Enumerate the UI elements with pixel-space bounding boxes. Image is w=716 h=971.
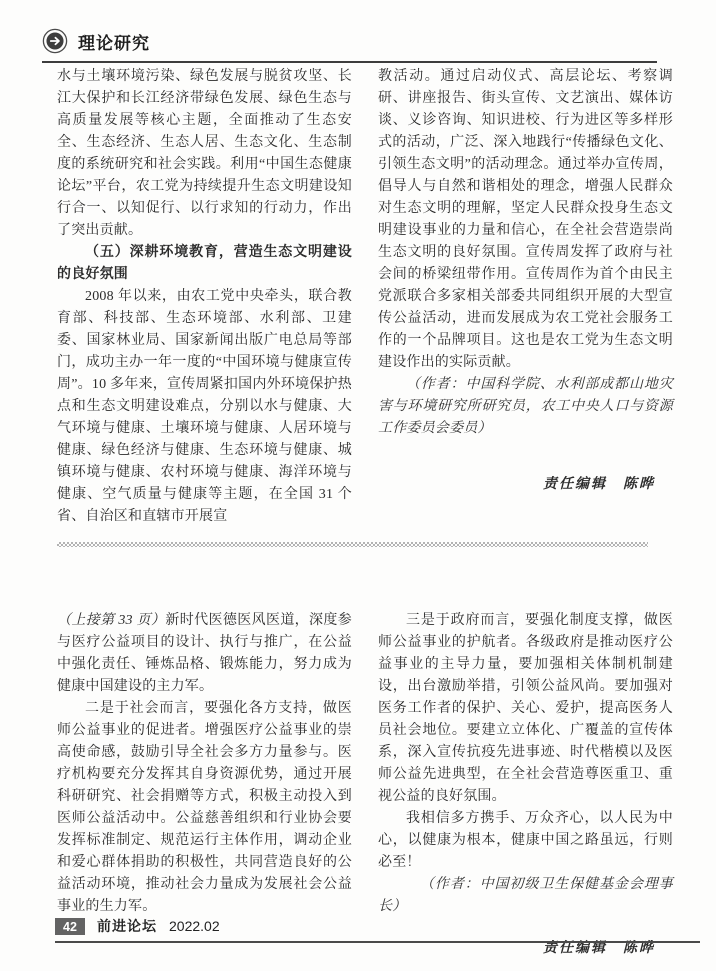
subsection-heading: （五）深耕环境教育，营造生态文明建设的良好氛围 bbox=[57, 242, 352, 286]
upper-right-column: 教活动。通过启动仪式、高层论坛、考察调研、讲座报告、街头宣传、文艺演出、媒体访谈… bbox=[378, 66, 673, 528]
editor-credit: 责任编辑 陈晔 bbox=[378, 474, 673, 496]
page-number: 42 bbox=[55, 918, 85, 935]
author-note: （作者：中国初级卫生保健基金会理事长） bbox=[378, 874, 673, 918]
continued-from-note: （上接第 33 页） bbox=[57, 613, 165, 628]
lower-left-column: （上接第 33 页）新时代医德医风医道，深度参与医疗公益项目的设计、执行与推广，… bbox=[57, 610, 352, 960]
article-upper: 水与土壤环境污染、绿色发展与脱贫攻坚、长江大保护和长江经济带绿色发展、绿色生态与… bbox=[57, 66, 673, 528]
author-note: （作者：中国科学院、水利部成都山地灾害与环境研究所研究员，农工中央人口与资源工作… bbox=[378, 374, 673, 440]
body-paragraph: 水与土壤环境污染、绿色发展与脱贫攻坚、长江大保护和长江经济带绿色发展、绿色生态与… bbox=[57, 66, 352, 242]
body-paragraph: 三是于政府而言，要强化制度支撑，做医师公益事业的护航者。各级政府是推动医疗公益事… bbox=[378, 610, 673, 808]
upper-left-column: 水与土壤环境污染、绿色发展与脱贫攻坚、长江大保护和长江经济带绿色发展、绿色生态与… bbox=[57, 66, 352, 528]
issue-number: 2022.02 bbox=[169, 918, 220, 934]
journal-page: 理论研究 水与土壤环境污染、绿色发展与脱贫攻坚、长江大保护和长江经济带绿色发展、… bbox=[0, 0, 716, 971]
body-paragraph: 二是于社会而言，要强化各方支持，做医师公益事业的促进者。增强医疗公益事业的崇高使… bbox=[57, 698, 352, 918]
body-paragraph: 我相信多方携手、万众齐心，以人民为中心，以健康为根本，健康中国之路虽远，行则必至… bbox=[378, 808, 673, 874]
section-divider bbox=[57, 542, 648, 547]
lower-right-column: 三是于政府而言，要强化制度支撑，做医师公益事业的护航者。各级政府是推动医疗公益事… bbox=[378, 610, 673, 960]
page-header: 理论研究 bbox=[42, 28, 657, 63]
body-paragraph: （上接第 33 页）新时代医德医风医道，深度参与医疗公益项目的设计、执行与推广，… bbox=[57, 610, 352, 698]
section-label: 理论研究 bbox=[78, 29, 150, 54]
body-paragraph: 教活动。通过启动仪式、高层论坛、考察调研、讲座报告、街头宣传、文艺演出、媒体访谈… bbox=[378, 66, 673, 374]
page-footer: 42 前进论坛 2022.02 bbox=[55, 916, 700, 943]
journal-name: 前进论坛 bbox=[97, 916, 157, 936]
arrow-circle-icon bbox=[42, 28, 68, 54]
body-paragraph: 2008 年以来，由农工党中央牵头，联合教育部、科技部、生态环境部、水利部、卫建… bbox=[57, 286, 352, 528]
article-lower: （上接第 33 页）新时代医德医风医道，深度参与医疗公益项目的设计、执行与推广，… bbox=[57, 610, 673, 960]
